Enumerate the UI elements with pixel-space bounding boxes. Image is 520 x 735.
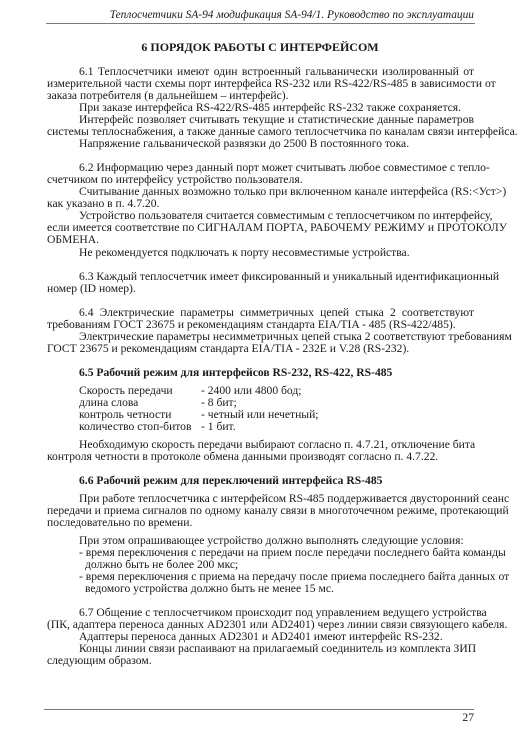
param-value: - 1 бит. xyxy=(201,421,236,433)
text-line: Не рекомендуется подключать к порту несо… xyxy=(79,247,474,259)
page-number: 27 xyxy=(462,712,474,724)
text-line: 6.3 Каждый теплосчетчик имеет фиксирован… xyxy=(79,271,474,283)
subsection-heading: 6.5 Рабочий режим для интерфейсов RS-232… xyxy=(79,367,474,379)
text-line: последовательно по времени. xyxy=(47,517,474,529)
running-title: Теплосчетчики SA-94 модификация SA-94/1.… xyxy=(110,9,474,22)
text-line: ГОСТ 23675 и рекомендациям стандарта EIA… xyxy=(47,343,474,355)
list-item-continuation: ведомого устройства должно быть не менее… xyxy=(85,583,512,595)
footer-rule xyxy=(44,709,474,710)
subsection-heading: 6.6 Рабочий режим для переключений интер… xyxy=(79,475,474,487)
text-line: ОБМЕНА. xyxy=(47,234,474,246)
text-line: номер (ID номер). xyxy=(47,283,474,295)
text-line: Напряжение гальванической развязки до 25… xyxy=(79,138,474,150)
text-line: если имеется соответствие по СИГНАЛАМ ПО… xyxy=(47,222,474,234)
text-line: контроля четности в протоколе обмена дан… xyxy=(47,451,474,463)
section-title: 6 ПОРЯДОК РАБОТЫ С ИНТЕРФЕЙСОМ xyxy=(0,40,520,54)
header-rule xyxy=(46,23,475,24)
text-line: следующим образом. xyxy=(47,655,474,667)
param-label: количество стоп-битов xyxy=(79,421,191,433)
